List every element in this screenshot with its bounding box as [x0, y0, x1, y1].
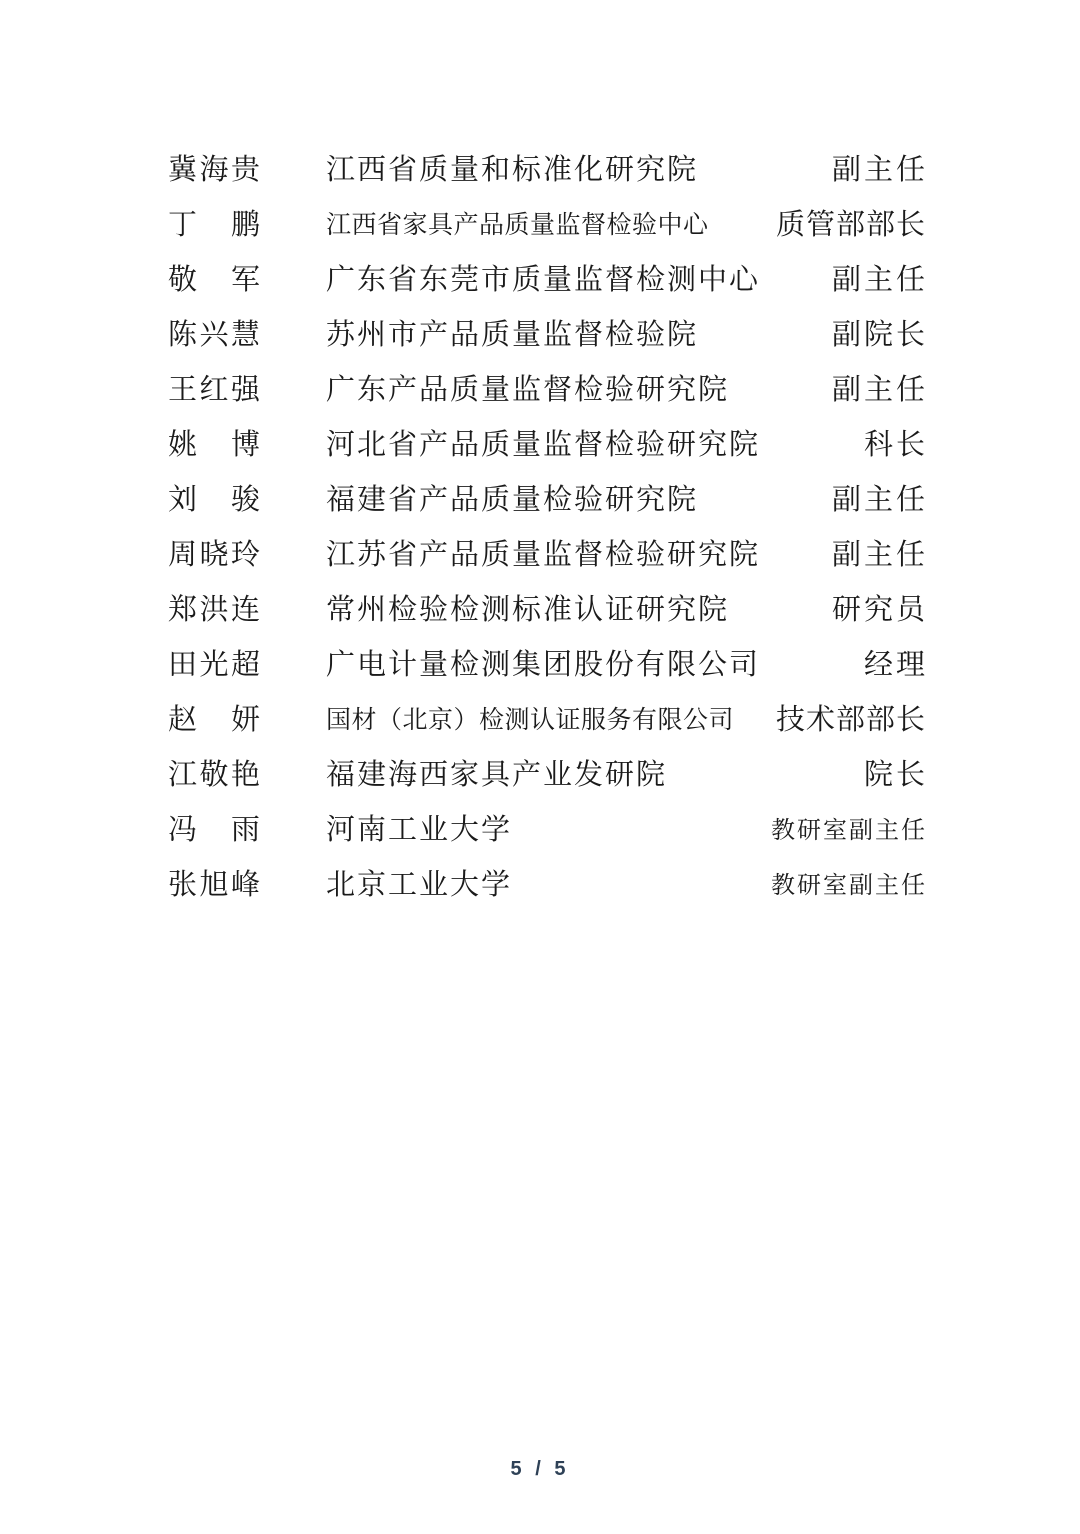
member-title: 副主任 [832, 532, 928, 573]
member-title: 教研室副主任 [771, 810, 927, 845]
member-title: 副主任 [832, 477, 928, 518]
member-name: 冯 雨 [168, 807, 268, 848]
page-number: 5 / 5 [0, 1458, 1080, 1481]
member-roster: 冀海贵 江西省质量和标准化研究院 副主任 丁 鹏 江西省家具产品质量监督检验中心… [168, 140, 925, 910]
member-organization: 福建省产品质量检验研究院 [326, 477, 832, 518]
table-row: 陈兴慧 苏州市产品质量监督检验院 副院长 [168, 305, 925, 360]
member-name: 冀海贵 [168, 147, 268, 188]
table-row: 江敬艳 福建海西家具产业发研院 院长 [168, 745, 925, 800]
member-name: 刘 骏 [168, 477, 268, 518]
member-name: 郑洪连 [168, 587, 268, 628]
table-row: 张旭峰 北京工业大学 教研室副主任 [168, 855, 925, 910]
table-row: 冯 雨 河南工业大学 教研室副主任 [168, 800, 925, 855]
member-organization: 苏州市产品质量监督检验院 [326, 312, 832, 353]
member-organization: 河南工业大学 [326, 807, 771, 848]
member-title: 院长 [864, 752, 928, 793]
table-row: 刘 骏 福建省产品质量检验研究院 副主任 [168, 470, 925, 525]
member-organization: 国材（北京）检测认证服务有限公司 [326, 700, 776, 736]
member-name: 江敬艳 [168, 752, 268, 793]
member-organization: 广东产品质量监督检验研究院 [326, 367, 832, 408]
member-organization: 福建海西家具产业发研院 [326, 752, 864, 793]
member-title: 科长 [864, 422, 928, 463]
member-name: 丁 鹏 [168, 202, 268, 243]
member-name: 敬 军 [168, 257, 268, 298]
table-row: 田光超 广电计量检测集团股份有限公司 经理 [168, 635, 925, 690]
member-organization: 广电计量检测集团股份有限公司 [326, 642, 864, 683]
table-row: 敬 军 广东省东莞市质量监督检测中心 副主任 [168, 250, 925, 305]
member-organization: 河北省产品质量监督检验研究院 [326, 422, 864, 463]
member-organization: 江西省质量和标准化研究院 [326, 147, 832, 188]
member-title: 教研室副主任 [771, 865, 927, 900]
table-row: 赵 妍 国材（北京）检测认证服务有限公司 技术部部长 [168, 690, 925, 745]
document-page: 冀海贵 江西省质量和标准化研究院 副主任 丁 鹏 江西省家具产品质量监督检验中心… [0, 0, 1080, 1534]
member-name: 姚 博 [168, 422, 268, 463]
member-name: 田光超 [168, 642, 268, 683]
member-title: 经理 [864, 642, 928, 683]
table-row: 丁 鹏 江西省家具产品质量监督检验中心 质管部部长 [168, 195, 925, 250]
member-organization: 北京工业大学 [326, 862, 771, 903]
member-title: 质管部部长 [776, 202, 926, 243]
member-organization: 江苏省产品质量监督检验研究院 [326, 532, 832, 573]
member-title: 副院长 [832, 312, 928, 353]
table-row: 王红强 广东产品质量监督检验研究院 副主任 [168, 360, 925, 415]
member-organization: 广东省东莞市质量监督检测中心 [326, 257, 832, 298]
member-name: 陈兴慧 [168, 312, 268, 353]
table-row: 周晓玲 江苏省产品质量监督检验研究院 副主任 [168, 525, 925, 580]
member-organization: 常州检验检测标准认证研究院 [326, 587, 832, 628]
member-organization: 江西省家具产品质量监督检验中心 [326, 205, 776, 241]
member-title: 研究员 [832, 587, 928, 628]
table-row: 郑洪连 常州检验检测标准认证研究院 研究员 [168, 580, 925, 635]
member-name: 张旭峰 [168, 862, 268, 903]
member-title: 技术部部长 [776, 697, 926, 738]
member-title: 副主任 [832, 257, 928, 298]
member-title: 副主任 [832, 147, 928, 188]
table-row: 姚 博 河北省产品质量监督检验研究院 科长 [168, 415, 925, 470]
member-name: 王红强 [168, 367, 268, 408]
member-name: 赵 妍 [168, 697, 268, 738]
member-title: 副主任 [832, 367, 928, 408]
member-name: 周晓玲 [168, 532, 268, 573]
table-row: 冀海贵 江西省质量和标准化研究院 副主任 [168, 140, 925, 195]
